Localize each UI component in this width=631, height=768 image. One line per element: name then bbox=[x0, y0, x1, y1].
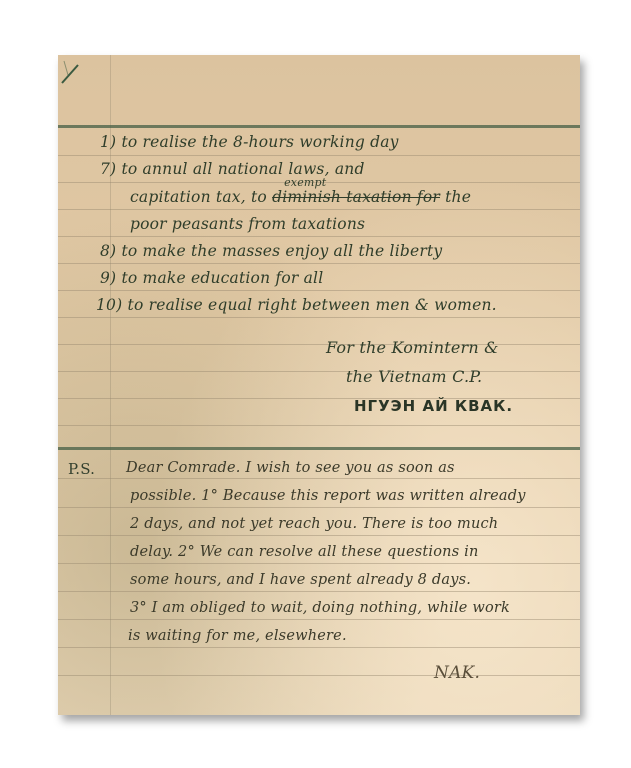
item-text: to make the masses enjoy all the liberty bbox=[121, 242, 442, 260]
item-text: the bbox=[445, 188, 471, 206]
item-number: 8) bbox=[100, 242, 116, 260]
ps-signature: NAK. bbox=[434, 663, 480, 683]
ruled-line bbox=[58, 675, 580, 676]
item-number: 7) bbox=[100, 160, 116, 178]
ruled-line bbox=[58, 155, 580, 156]
margin-line bbox=[110, 55, 111, 715]
list-item-continuation: capitation tax, to exempt diminish taxat… bbox=[130, 188, 471, 206]
ruled-line bbox=[58, 425, 580, 426]
ruled-line bbox=[58, 535, 580, 536]
ruled-line bbox=[58, 563, 580, 564]
ruled-line bbox=[58, 344, 580, 345]
list-item-continuation: poor peasants from taxations bbox=[130, 215, 365, 233]
list-item: 1) to realise the 8-hours working day bbox=[100, 133, 399, 151]
ruled-line bbox=[58, 647, 580, 648]
ruled-line bbox=[58, 263, 580, 264]
ruled-line bbox=[58, 371, 580, 372]
item-text: capitation tax, to bbox=[130, 188, 267, 206]
list-item: 8) to make the masses enjoy all the libe… bbox=[100, 242, 442, 260]
ps-divider-rule bbox=[58, 447, 580, 450]
ps-line: 2 days, and not yet reach you. There is … bbox=[130, 516, 498, 532]
ruled-line bbox=[58, 290, 580, 291]
item-text: to realise the 8-hours working day bbox=[121, 133, 398, 151]
list-item: 10) to realise equal right between men &… bbox=[96, 296, 497, 314]
ruled-line bbox=[58, 478, 580, 479]
ruled-line bbox=[58, 236, 580, 237]
ps-line: 3° I am obliged to wait, doing nothing, … bbox=[130, 600, 510, 616]
item-text: to make education for all bbox=[121, 269, 323, 287]
ruled-line bbox=[58, 507, 580, 508]
item-text: poor peasants from taxations bbox=[130, 215, 365, 233]
ps-line: delay. 2° We can resolve all these quest… bbox=[130, 544, 479, 560]
signature-line-1: For the Komintern & bbox=[326, 338, 499, 357]
item-number: 9) bbox=[100, 269, 116, 287]
ps-line: Dear Comrade. I wish to see you as soon … bbox=[126, 460, 455, 476]
ruled-line bbox=[58, 209, 580, 210]
inserted-word: exempt bbox=[284, 176, 326, 189]
ps-line: some hours, and I have spent already 8 d… bbox=[130, 572, 471, 588]
ruled-line bbox=[58, 619, 580, 620]
letter-page: 1) to realise the 8-hours working day 7)… bbox=[58, 55, 580, 715]
item-number: 10) bbox=[96, 296, 122, 314]
top-heavy-rule bbox=[58, 125, 580, 128]
ruled-line bbox=[58, 317, 580, 318]
ps-line: possible. 1° Because this report was wri… bbox=[130, 488, 526, 504]
corner-check-mark bbox=[60, 57, 82, 85]
ps-label: P.S. bbox=[68, 460, 95, 478]
struck-text: diminish taxation for bbox=[272, 188, 440, 206]
signature-line-2: the Vietnam C.P. bbox=[346, 367, 482, 386]
ps-line: is waiting for me, elsewhere. bbox=[128, 628, 347, 644]
signature-cyrillic-name: НГУЭН АЙ КВАК. bbox=[354, 397, 513, 415]
item-text: to realise equal right between men & wom… bbox=[128, 296, 497, 314]
list-item: 9) to make education for all bbox=[100, 269, 323, 287]
item-number: 1) bbox=[100, 133, 116, 151]
ruled-line bbox=[58, 591, 580, 592]
item-text: to annul all national laws, and bbox=[121, 160, 364, 178]
